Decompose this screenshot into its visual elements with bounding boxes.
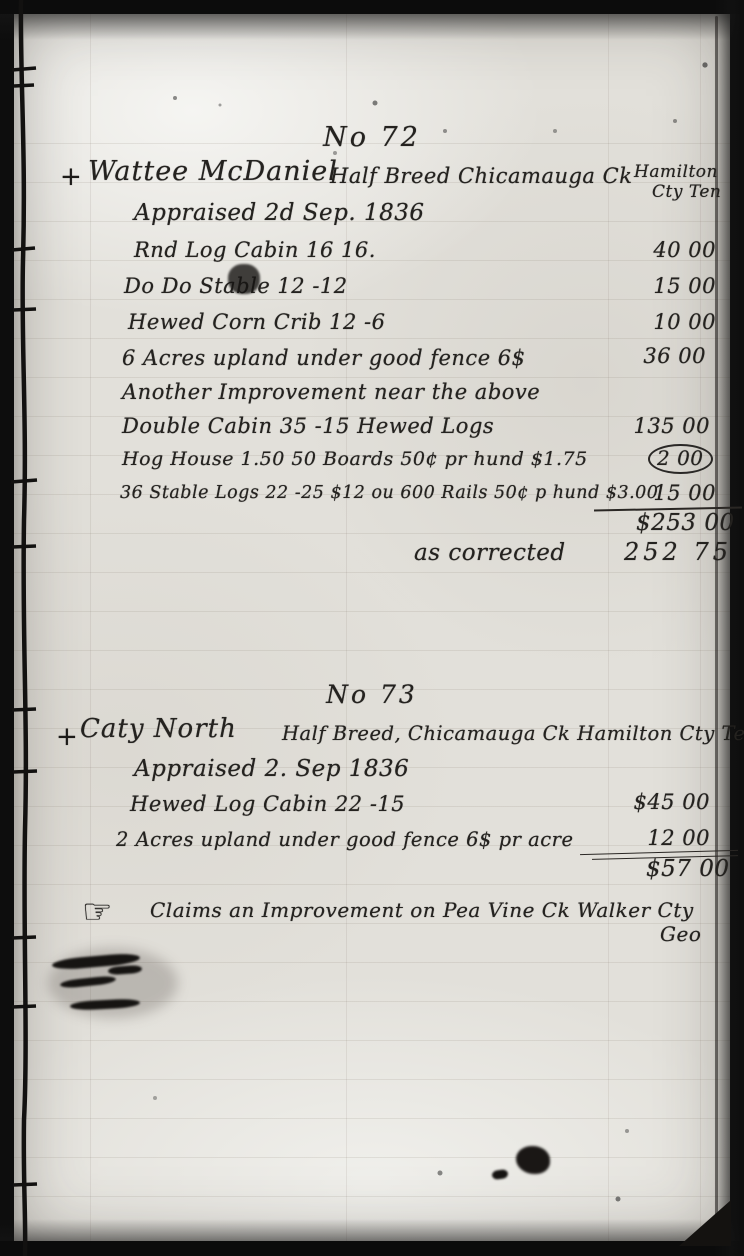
location-line1: Hamilton xyxy=(634,162,718,182)
corrected-amount: 252 75 xyxy=(624,538,732,566)
item-amount: 36 00 xyxy=(586,344,706,368)
corrected-label: as corrected xyxy=(414,540,566,566)
plus-mark: + xyxy=(56,722,78,752)
item-amount-circled: 2 00 xyxy=(648,444,713,474)
item-desc: 36 Stable Logs 22 -25 $12 ou 600 Rails 5… xyxy=(120,483,658,503)
claimant-name: Caty North xyxy=(80,714,237,744)
entry-total: $57 00 xyxy=(646,856,729,882)
item-desc: Another Improvement near the above xyxy=(122,380,540,404)
binding-gutter xyxy=(0,0,60,1256)
item-amount: 15 00 xyxy=(596,481,716,505)
item-desc: Hewed Corn Crib 12 -6 xyxy=(128,310,386,334)
ledger-ruling-vertical xyxy=(608,12,609,1244)
item-amount: 135 00 xyxy=(590,414,710,438)
ink-blot xyxy=(228,264,260,294)
item-amount: $45 00 xyxy=(590,790,710,814)
location-line2: Cty Ten xyxy=(652,182,721,202)
item-desc: 2 Acres upland under good fence 6$ pr ac… xyxy=(116,828,574,851)
scan-edge-top xyxy=(0,0,744,14)
page-corner-fold xyxy=(679,1200,731,1246)
item-desc: Hewed Log Cabin 22 -15 xyxy=(130,792,405,816)
item-desc: 6 Acres upland under good fence 6$ xyxy=(122,346,526,370)
entry-number: No 72 xyxy=(0,122,744,153)
entry-total: $253 00 xyxy=(636,510,735,536)
item-desc: Rnd Log Cabin 16 16. xyxy=(134,238,376,262)
scan-edge-top-shadow xyxy=(0,14,744,40)
ledger-ruling-vertical xyxy=(90,12,91,1244)
scan-edge-bottom xyxy=(0,1241,744,1256)
manicule-icon: ☞ xyxy=(82,892,113,932)
claim-note: Claims an Improvement on Pea Vine Ck Wal… xyxy=(150,898,694,922)
item-amount: 40 00 xyxy=(596,238,716,262)
ledger-ruling-vertical xyxy=(346,12,347,1244)
claimant-name: Wattee McDaniel xyxy=(88,156,338,187)
appraised-line: Appraised 2d Sep. 1836 xyxy=(134,200,424,226)
item-desc: Hog House 1.50 50 Boards 50¢ pr hund $1.… xyxy=(122,448,588,470)
ledger-page xyxy=(14,12,730,1244)
scan-edge-bottom-shadow xyxy=(0,1219,744,1241)
claim-note-state: Geo xyxy=(660,922,701,946)
appraised-line: Appraised 2. Sep 1836 xyxy=(134,756,409,782)
item-amount: 12 00 xyxy=(590,826,710,850)
item-amount: 15 00 xyxy=(596,274,716,298)
entry-number: No 73 xyxy=(0,680,744,709)
plus-mark: + xyxy=(60,162,82,192)
claimant-descriptor: Half Breed Chicamauga Ck xyxy=(330,164,632,188)
claimant-descriptor: Half Breed, Chicamauga Ck Hamilton Cty T… xyxy=(282,722,744,745)
item-desc: Double Cabin 35 -15 Hewed Logs xyxy=(122,414,494,438)
item-amount: 10 00 xyxy=(596,310,716,334)
